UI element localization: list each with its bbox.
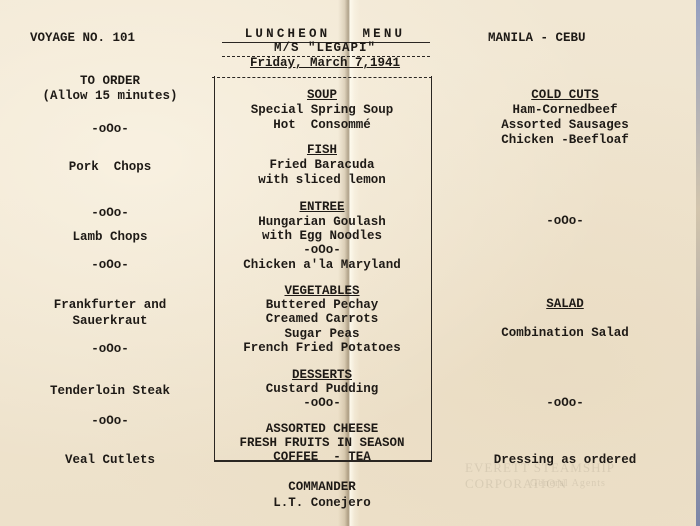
section-heading-fish: FISH: [214, 143, 430, 159]
separator: -oOo-: [20, 206, 200, 222]
menu-item: Assorted Sausages: [460, 118, 670, 134]
menu-date: Friday, March 7,1941: [220, 55, 430, 71]
voyage-number: VOYAGE NO. 101: [30, 30, 135, 46]
section-heading-cold-cuts: COLD CUTS: [460, 88, 670, 104]
background-subline-text: General Agents: [530, 478, 606, 489]
ship-name: M/S "LEGAPI": [220, 40, 430, 56]
menu-item: Combination Salad: [460, 326, 670, 342]
separator: -oOo-: [214, 243, 430, 259]
menu-item: French Fried Potatoes: [214, 341, 430, 357]
menu-item: Ham-Cornedbeef: [460, 103, 670, 119]
dressing-note: Dressing as ordered: [460, 453, 670, 469]
paper-edge: [696, 0, 700, 526]
menu-item: COFFEE - TEA: [214, 450, 430, 466]
menu-item: with sliced lemon: [214, 173, 430, 189]
separator: -oOo-: [20, 122, 200, 138]
separator: -oOo-: [20, 258, 200, 274]
commander-role: COMMANDER: [214, 480, 430, 496]
menu-item: Creamed Carrots: [214, 312, 430, 328]
separator: -oOo-: [20, 342, 200, 358]
separator: -oOo-: [460, 396, 670, 412]
menu-item: Tenderloin Steak: [20, 384, 200, 400]
menu-item: Chicken -Beefloaf: [460, 133, 670, 149]
separator: -oOo-: [460, 214, 670, 230]
separator: -oOo-: [20, 414, 200, 430]
section-heading-soup: SOUP: [214, 88, 430, 104]
commander-name: L.T. Conejero: [214, 496, 430, 512]
menu-item: Lamb Chops: [20, 230, 200, 246]
menu-item: Chicken a'la Maryland: [214, 258, 430, 274]
menu-item: Hot Consommé: [214, 118, 430, 134]
menu-item: Frankfurter and Sauerkraut: [20, 298, 200, 329]
section-heading-entree: ENTREE: [214, 200, 430, 216]
separator: -oOo-: [214, 396, 430, 412]
to-order-note: (Allow 15 minutes): [20, 89, 200, 105]
menu-item: Veal Cutlets: [20, 453, 200, 469]
menu-item: Pork Chops: [20, 160, 200, 176]
route: MANILA - CEBU: [488, 30, 586, 46]
menu-item: Fried Baracuda: [214, 158, 430, 174]
to-order-heading: TO ORDER: [20, 74, 200, 90]
section-heading-salad: SALAD: [460, 297, 670, 313]
menu-item: Special Spring Soup: [214, 103, 430, 119]
